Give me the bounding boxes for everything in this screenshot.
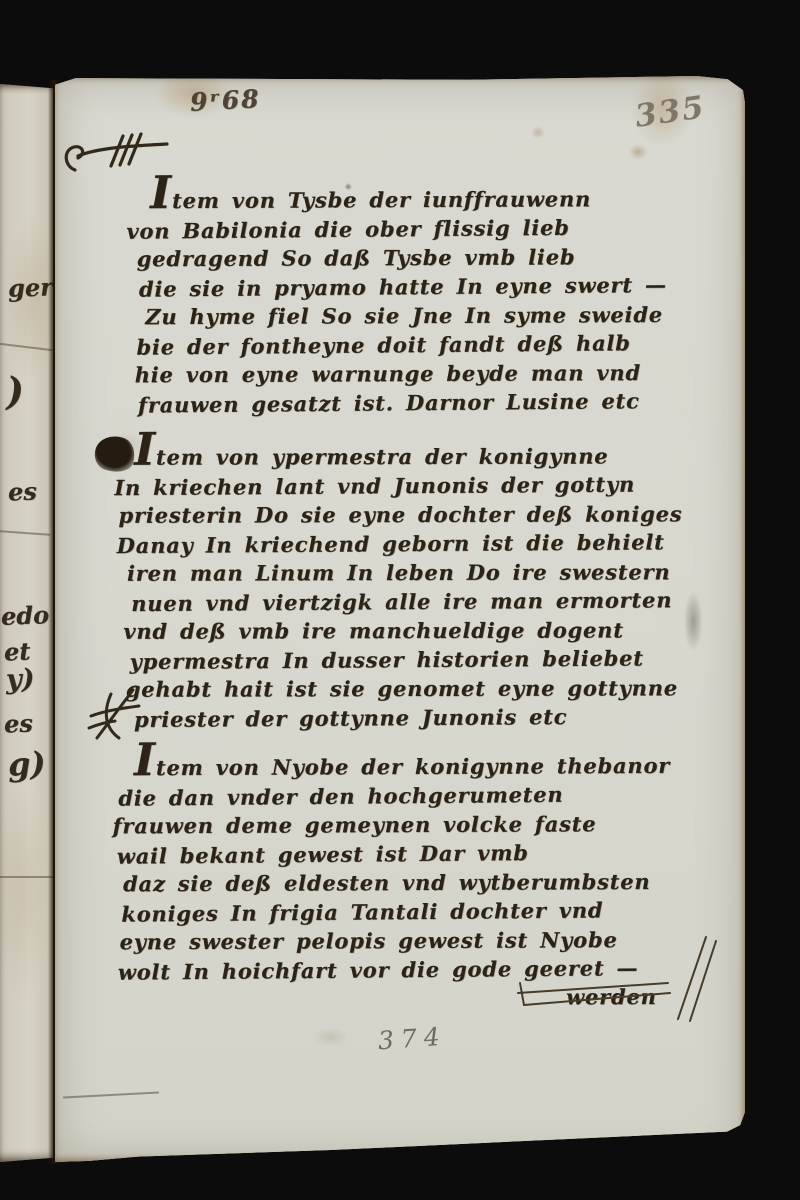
text-line: von Babilonia die ober flissig lieb [126, 211, 744, 245]
paragraph-thisbe: Item von Tysbe der iunffrauwenn von Babi… [124, 173, 746, 419]
previous-page-edge: ger ) es edo et y) es g) [0, 84, 53, 1162]
text-line: wail bekant gewest ist Dar vmb [117, 836, 733, 870]
text-line: priesterin Do sie eyne dochter deß konig… [118, 499, 734, 530]
cropped-text-fragment: ) [5, 372, 24, 411]
text-line: gedragend So daß Tysbe vmb lieb [137, 242, 745, 274]
folio-number: 335 [633, 89, 708, 134]
manuscript-page: 9ʳ68 335 Item von Tysbe der iunffrauwenn… [55, 76, 745, 1162]
text-line: bie der fontheyne doit fandt deß halb [136, 327, 745, 361]
cropped-text-fragment: ger [8, 275, 54, 301]
flourish-hairline [0, 530, 50, 535]
header-signature: 9ʳ68 [189, 84, 261, 117]
text-line: Zu hyme fiel So sie Jne In syme sweide [145, 300, 745, 332]
text-line: koniges In frigia Tantali dochter vnd [121, 894, 733, 928]
flourish-hairline [0, 343, 52, 351]
cropped-text-fragment: et [4, 640, 31, 665]
text-line: iren man Linum In leben Do ire swestern [127, 557, 735, 588]
text-line: Item von Tysbe der iunffrauwenn [150, 175, 744, 216]
text-line: Danay In kriechend geborn ist die behiel… [117, 527, 735, 560]
text-line: hie von eyne warnunge beyde man vnd [135, 358, 746, 390]
cropped-text-fragment: edo [1, 603, 50, 629]
cropped-text-fragment: g) [7, 747, 46, 780]
text-line: frauwen gesatzt ist. Darnor Lusine etc [138, 385, 746, 419]
text-line: nuen vnd viertzigk alle ire man ermorten [131, 585, 735, 618]
text-line: daz sie deß eldesten vnd wytberumbsten [123, 867, 733, 899]
text-line: gehabt hait ist sie genomet eyne gottynn… [126, 673, 736, 704]
text-line: frauwen deme gemeynen volcke faste [112, 809, 732, 841]
text-line: die sie in pryamo hatte In eyne swert — [139, 269, 745, 303]
text-line: In kriechen lant vnd Junonis der gottyn [114, 469, 734, 502]
pencil-scratch [63, 1091, 159, 1098]
paragraph-hypermnestra: Item von ypermestra der konigynne In kri… [114, 431, 736, 734]
page-crease [0, 876, 53, 878]
text-line: priester der gottynne Junonis etc [134, 701, 736, 734]
text-line: ypermestra In dusser historien beliebet [129, 643, 735, 676]
text-line: die dan vnder den hochgerumeten [118, 778, 732, 812]
cropped-text-fragment: es [8, 480, 38, 505]
text-line: Item von Nyobe der konigynne thebanor [134, 742, 732, 783]
cropped-text-fragment: es [4, 712, 34, 737]
cropped-text-fragment: y) [6, 666, 35, 694]
catchword-flourish-icon [510, 931, 720, 1023]
text-line: Item von ypermestra der konigynne [134, 432, 734, 472]
text-line: vnd deß vmb ire manchueldige dogent [123, 615, 735, 646]
pencil-page-number: 374 [377, 1022, 448, 1056]
